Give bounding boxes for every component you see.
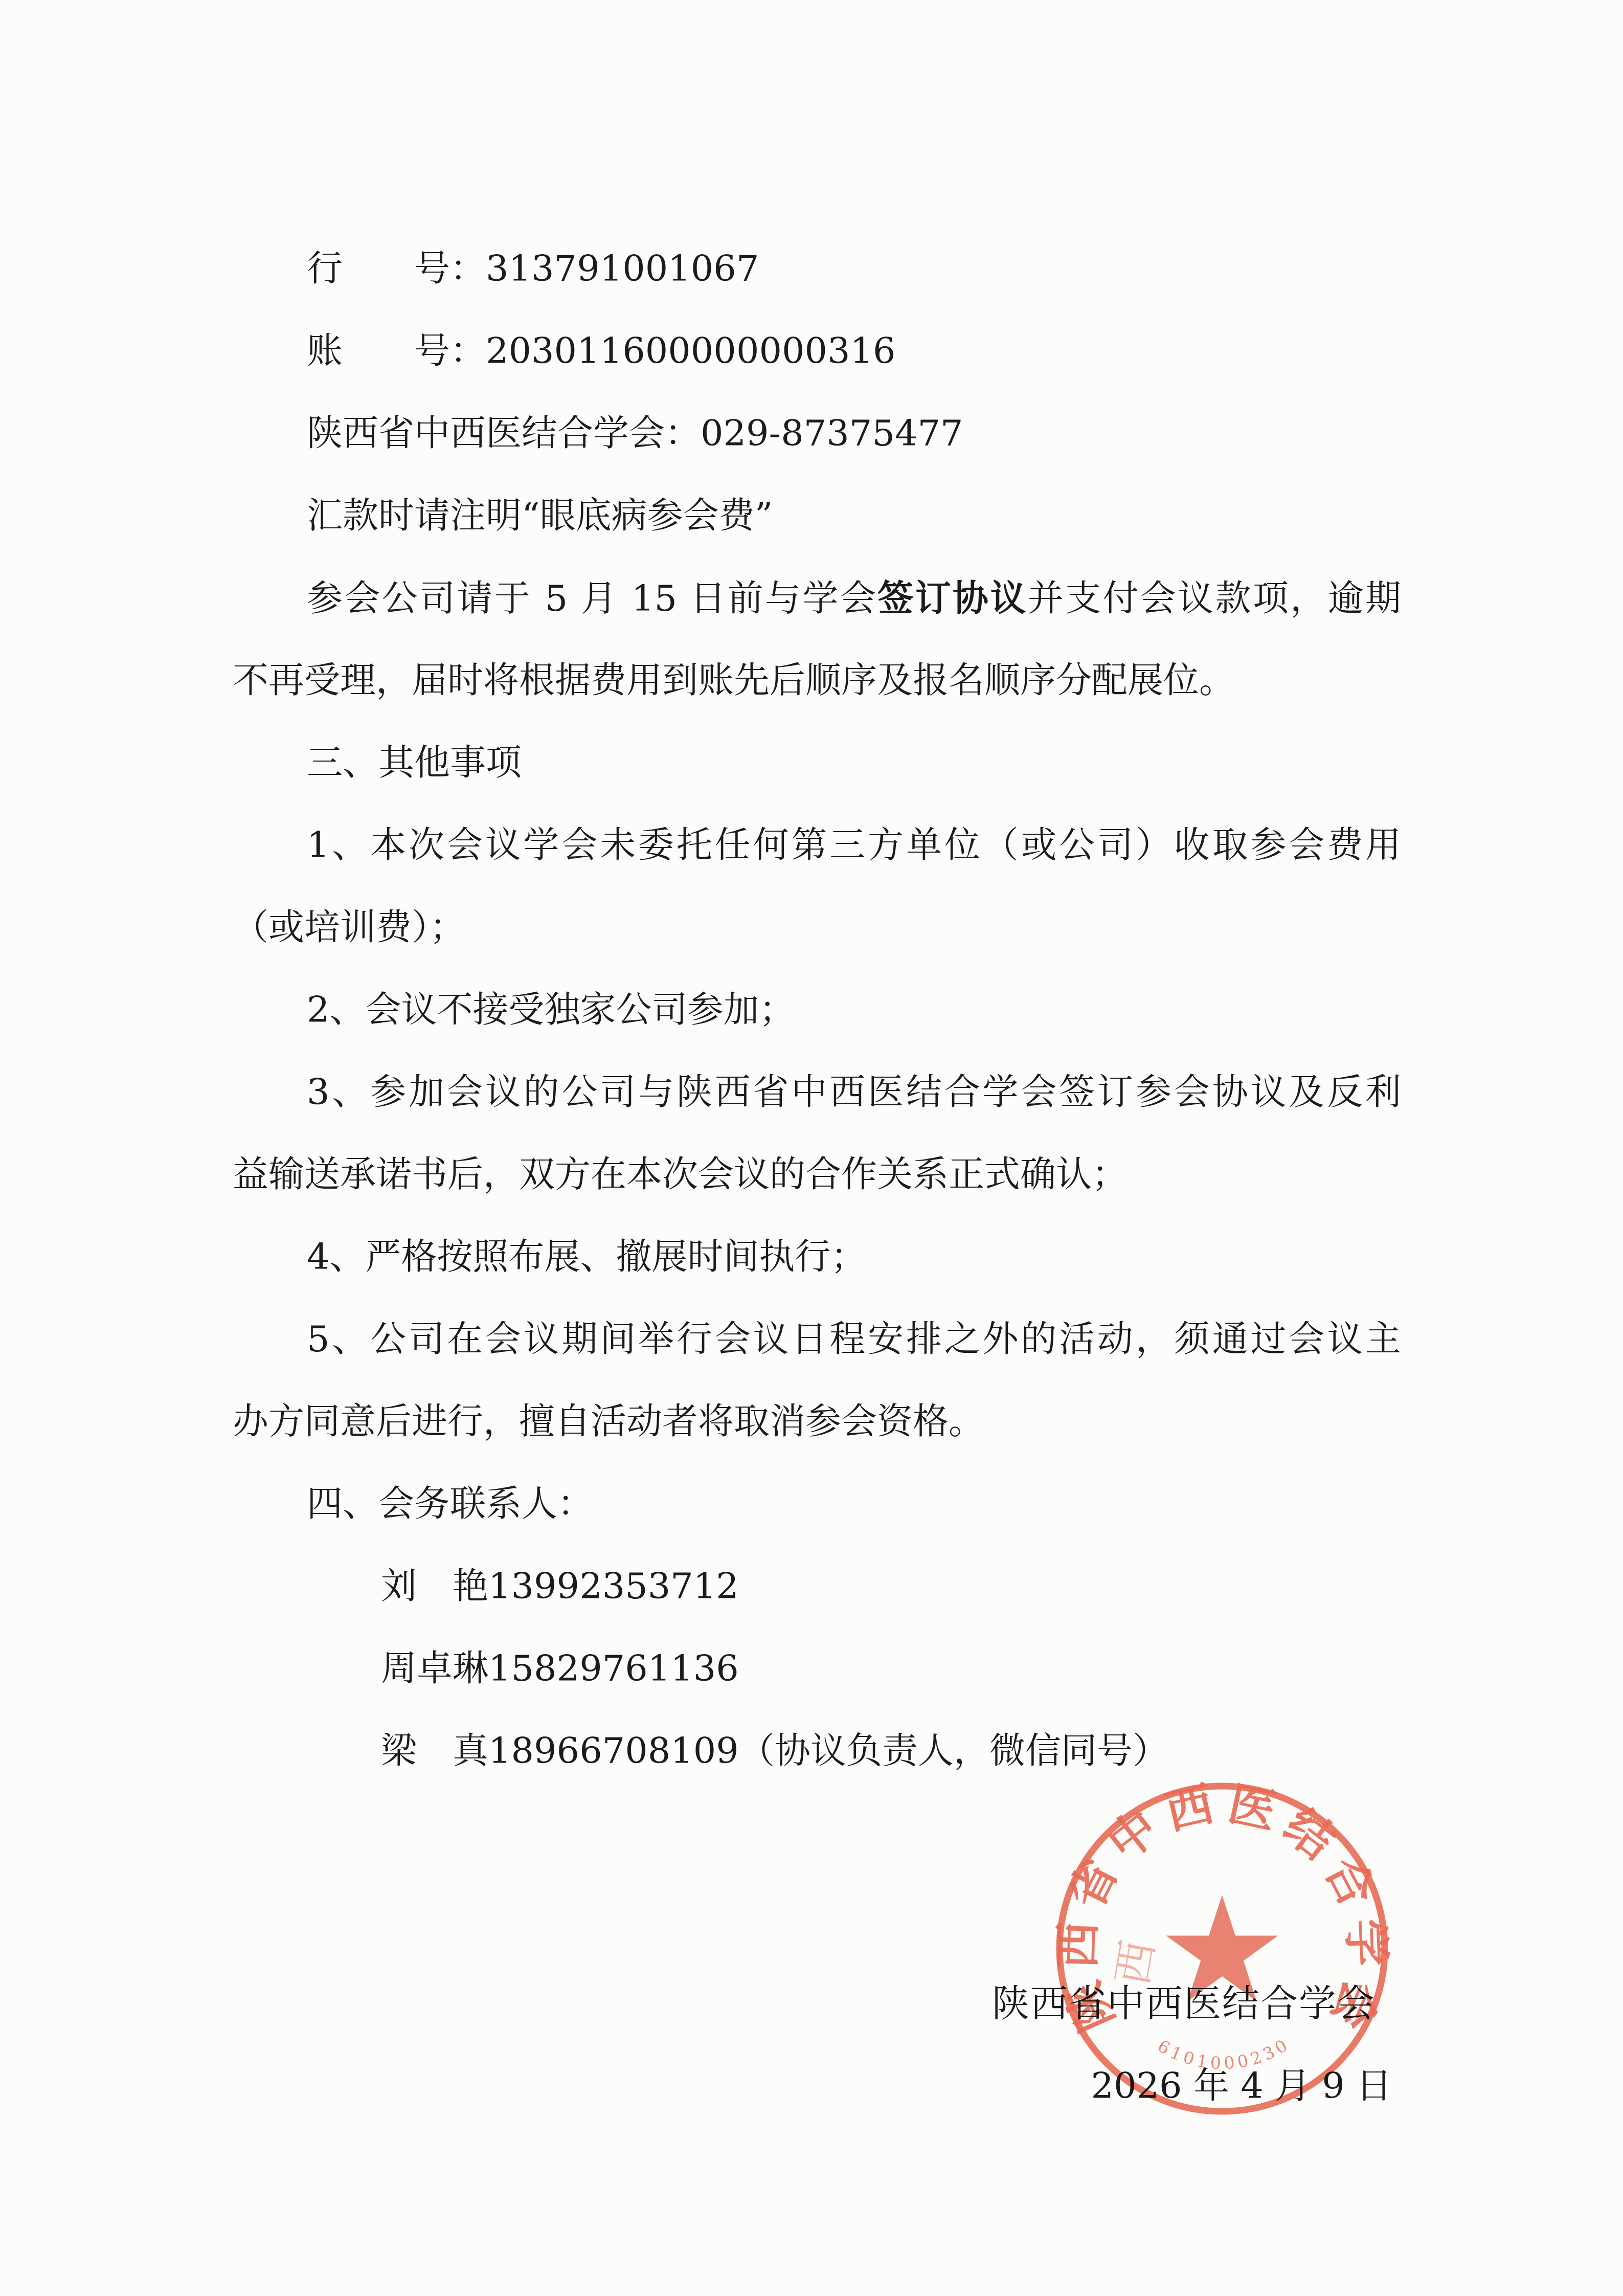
bank-line-number: 行 号：313791001067 bbox=[233, 228, 1401, 310]
item-5-line-2: 办方同意后进行，擅自活动者将取消参会资格。 bbox=[233, 1380, 1401, 1463]
text-run: 三、其他事项 bbox=[307, 742, 522, 784]
text-run: 四、会务联系人： bbox=[307, 1483, 593, 1525]
item-5-line-1: 5、公司在会议期间举行会议日程安排之外的活动，须通过会议主 bbox=[233, 1298, 1401, 1380]
text-run: 梁 真 bbox=[381, 1730, 488, 1772]
deadline-line-1: 参会公司请于 5 月 15 日前与学会签订协议并支付会议款项，逾期 bbox=[233, 557, 1401, 639]
deadline-line-2: 不再受理，届时将根据费用到账先后顺序及报名顺序分配展位。 bbox=[233, 639, 1401, 722]
text-run: 不再受理，届时将根据费用到账先后顺序及报名顺序分配展位。 bbox=[233, 659, 1235, 701]
text-run: 参会公司请于 5 月 15 日前与学会 bbox=[307, 577, 877, 619]
text-run: 18966708109（协议负责人，微信同号） bbox=[488, 1730, 1168, 1772]
item-2-line: 2、会议不接受独家公司参加； bbox=[233, 969, 1401, 1051]
contact-zhou-zhuolin: 周卓琳15829761136 bbox=[233, 1628, 1401, 1710]
text-run: 刘 艳 bbox=[381, 1565, 488, 1607]
item-3-line-2: 益输送承诺书后，双方在本次会议的合作关系正式确认； bbox=[233, 1133, 1401, 1216]
text-run: 签订协议 bbox=[877, 577, 1027, 619]
text-run: 1、本次会议学会未委托任何第三方单位（或公司）收取参会费用 bbox=[307, 824, 1401, 866]
remit-note-line: 汇款时请注明“眼底病参会费” bbox=[233, 475, 1401, 557]
text-run: 5、公司在会议期间举行会议日程安排之外的活动，须通过会议主 bbox=[307, 1318, 1401, 1360]
text-run: 汇款时请注明“眼底病参会费” bbox=[307, 495, 773, 537]
item-3-line-1: 3、参加会议的公司与陕西省中西医结合学会签订参会协议及反利 bbox=[233, 1051, 1401, 1133]
section-3-heading: 三、其他事项 bbox=[233, 722, 1401, 804]
official-seal-stamp: 陕西省中西医结合学会 西 6101000230126 bbox=[1043, 1770, 1401, 2128]
item-1-line-1: 1、本次会议学会未委托任何第三方单位（或公司）收取参会费用 bbox=[233, 804, 1401, 886]
text-run: 账 号：203011600000000316 bbox=[307, 330, 896, 372]
org-phone-line: 陕西省中西医结合学会：029-87375477 bbox=[233, 392, 1401, 475]
contact-liu-yan: 刘 艳13992353712 bbox=[233, 1545, 1401, 1628]
account-line-number: 账 号：203011600000000316 bbox=[233, 310, 1401, 392]
text-run: （或培训费）； bbox=[233, 906, 465, 948]
text-run: 行 号：313791001067 bbox=[307, 248, 759, 289]
text-run: 13992353712 bbox=[488, 1565, 739, 1607]
text-run: 4、严格按照布展、撤展时间执行； bbox=[307, 1236, 867, 1278]
document-body: 行 号：313791001067账 号：203011600000000316陕西… bbox=[233, 228, 1401, 1792]
text-run: 陕西省中西医结合学会：029-87375477 bbox=[307, 412, 963, 454]
text-run: 2、会议不接受独家公司参加； bbox=[307, 989, 795, 1031]
item-4-line: 4、严格按照布展、撤展时间执行； bbox=[233, 1216, 1401, 1298]
text-run: 并支付会议款项，逾期 bbox=[1028, 577, 1401, 619]
text-run: 周卓琳 bbox=[381, 1647, 488, 1689]
text-run: 15829761136 bbox=[488, 1647, 739, 1689]
section-4-heading: 四、会务联系人： bbox=[233, 1463, 1401, 1545]
text-run: 办方同意后进行，擅自活动者将取消参会资格。 bbox=[233, 1400, 984, 1442]
seal-star bbox=[1166, 1895, 1278, 2001]
seal-artifact-glyph: 西 bbox=[1107, 1937, 1164, 1989]
item-1-line-2: （或培训费）； bbox=[233, 886, 1401, 969]
text-run: 益输送承诺书后，双方在本次会议的合作关系正式确认； bbox=[233, 1153, 1128, 1195]
text-run: 3、参加会议的公司与陕西省中西医结合学会签订参会协议及反利 bbox=[307, 1071, 1401, 1113]
